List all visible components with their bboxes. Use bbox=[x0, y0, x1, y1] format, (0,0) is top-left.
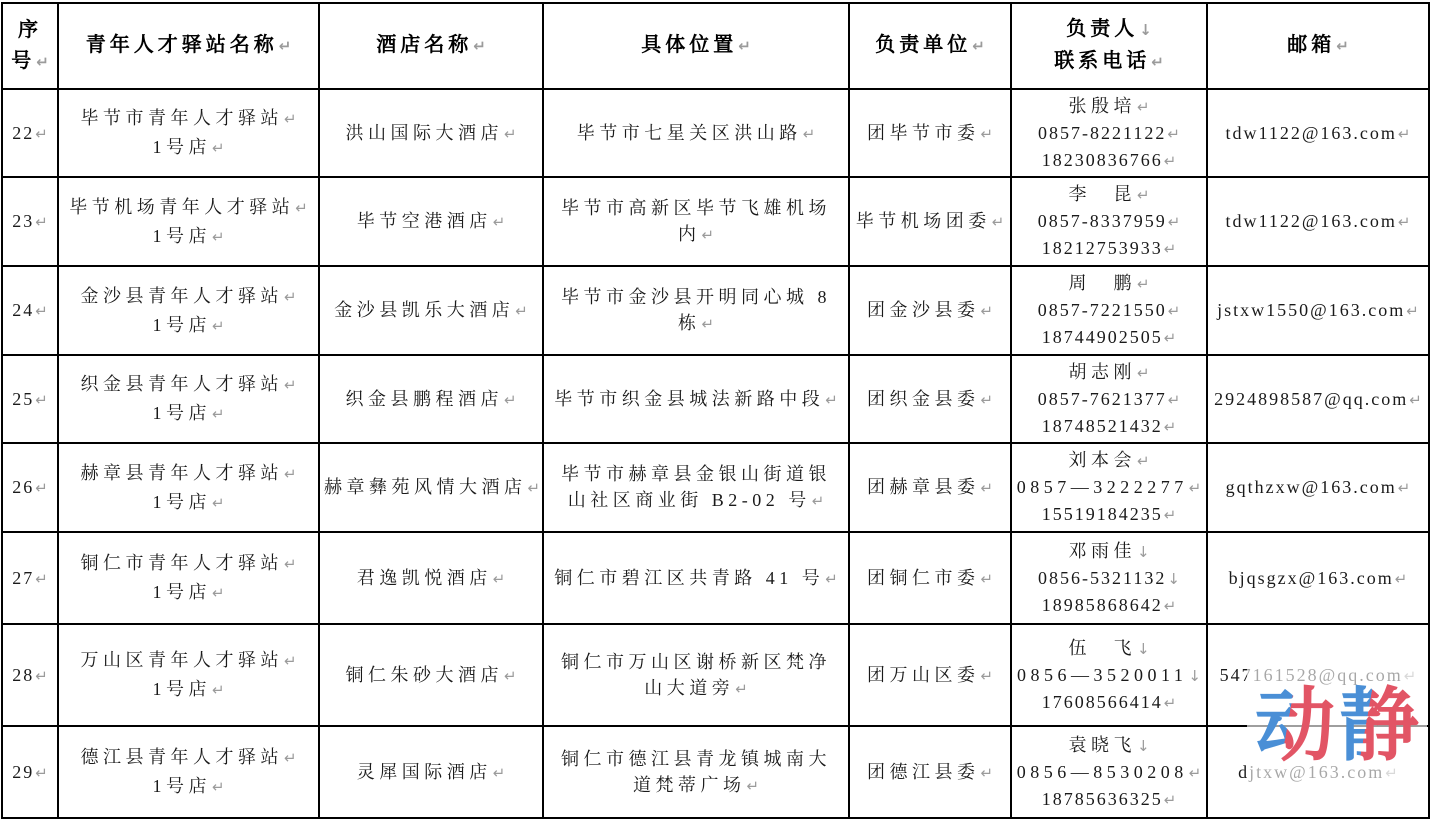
text-line: 青年人才驿站名称↵ bbox=[63, 30, 314, 62]
return-mark-icon: ↵ bbox=[1166, 125, 1180, 143]
return-mark-icon: ↵ bbox=[1397, 213, 1411, 231]
text-line: 栋↵ bbox=[548, 310, 844, 337]
return-mark-icon: ↵ bbox=[503, 391, 517, 409]
return-mark-icon: ↵ bbox=[811, 492, 825, 510]
return-mark-icon: ↵ bbox=[1150, 53, 1164, 71]
cell-station-name: 金沙县青年人才驿站↵1号店↵ bbox=[58, 266, 319, 355]
cell-responsible-unit: 毕节机场团委↵ bbox=[849, 177, 1011, 266]
cell-responsible-unit: 团金沙县委↵ bbox=[849, 266, 1011, 355]
return-mark-icon: ↵ bbox=[283, 555, 297, 573]
table-row: 22↵毕节市青年人才驿站↵1号店↵洪山国际大酒店↵毕节市七星关区洪山路↵团毕节市… bbox=[2, 89, 1429, 177]
return-mark-icon: ↵ bbox=[802, 125, 816, 143]
return-mark-icon: ↵ bbox=[34, 125, 48, 143]
text-line: tdw1122@163.com↵ bbox=[1212, 120, 1424, 147]
talent-station-table: 序号↵ 青年人才驿站名称↵ 酒店名称↵ 具体位置↵ 负责单位↵ 负责人↓联系电话… bbox=[1, 2, 1430, 819]
table-row: 24↵金沙县青年人才驿站↵1号店↵金沙县凯乐大酒店↵毕节市金沙县开明同心城 8栋… bbox=[2, 266, 1429, 355]
cell-hotel-name: 赫章彝苑风情大酒店↵ bbox=[319, 443, 543, 532]
text: 29 bbox=[12, 762, 34, 782]
text-line: 团铜仁市委↵ bbox=[854, 565, 1006, 592]
text-line: 胡志刚↵ bbox=[1016, 359, 1202, 386]
line-break-mark-icon: ↓ bbox=[1138, 21, 1152, 39]
text: 栋 bbox=[678, 313, 701, 333]
text-line: 团德江县委↵ bbox=[854, 759, 1006, 786]
return-mark-icon: ↵ bbox=[734, 680, 748, 698]
text-line: 毕节市青年人才驿站↵ bbox=[63, 104, 314, 133]
text-line: 铜仁市德江县青龙镇城南大 bbox=[548, 746, 844, 772]
cell-responsible-unit: 团织金县委↵ bbox=[849, 355, 1011, 443]
header-cell-hotel-name: 酒店名称↵ bbox=[319, 3, 543, 89]
text: 1号店 bbox=[152, 582, 211, 602]
return-mark-icon: ↵ bbox=[1136, 186, 1150, 204]
cell-email: tdw1122@163.com↵ bbox=[1207, 89, 1429, 177]
text-line: 德江县青年人才驿站↵ bbox=[63, 743, 314, 772]
text: 1号店 bbox=[152, 226, 211, 246]
return-mark-icon: ↵ bbox=[283, 376, 297, 394]
text: 0857—3222277 bbox=[1017, 477, 1188, 497]
text: 0856—8530208 bbox=[1017, 762, 1188, 782]
cell-station-name: 毕节机场青年人才驿站↵1号店↵ bbox=[58, 177, 319, 266]
return-mark-icon: ↵ bbox=[1163, 791, 1177, 809]
cell-station-name: 赫章县青年人才驿站↵1号店↵ bbox=[58, 443, 319, 532]
text: 毕节机场团委 bbox=[856, 211, 991, 231]
return-mark-icon: ↵ bbox=[34, 667, 48, 685]
return-mark-icon: ↵ bbox=[1136, 98, 1150, 116]
text-line: 0857-7621377↵ bbox=[1016, 386, 1202, 413]
logo-char-dong: 动 bbox=[1255, 684, 1335, 768]
text-line: 29↵ bbox=[7, 759, 53, 786]
return-mark-icon: ↵ bbox=[1136, 364, 1150, 382]
cell-serial-number: 23↵ bbox=[2, 177, 58, 266]
text-line: 毕节市赫章县金银山街道银 bbox=[548, 461, 844, 487]
text: 0856—3520011 bbox=[1017, 665, 1187, 685]
cell-hotel-name: 洪山国际大酒店↵ bbox=[319, 89, 543, 177]
text: 24 bbox=[12, 300, 34, 320]
return-mark-icon: ↵ bbox=[492, 213, 506, 231]
cell-location: 铜仁市万山区谢桥新区梵净山大道旁↵ bbox=[543, 624, 849, 726]
text: 金沙县青年人才驿站 bbox=[80, 286, 283, 306]
text: 18748521432 bbox=[1042, 416, 1163, 436]
cell-location: 毕节市织金县城法新路中段↵ bbox=[543, 355, 849, 443]
cell-serial-number: 22↵ bbox=[2, 89, 58, 177]
return-mark-icon: ↵ bbox=[979, 391, 993, 409]
text: 内 bbox=[678, 224, 701, 244]
text-line: 18744902505↵ bbox=[1016, 324, 1202, 351]
text: tdw1122@163.com bbox=[1226, 211, 1397, 231]
return-mark-icon: ↵ bbox=[1335, 37, 1349, 55]
logo-char-jing: 静 bbox=[1339, 684, 1419, 768]
return-mark-icon: ↵ bbox=[492, 764, 506, 782]
return-mark-icon: ↵ bbox=[211, 317, 225, 335]
text-line: 联系电话↵ bbox=[1016, 46, 1202, 78]
text: 1号店 bbox=[152, 679, 211, 699]
cell-station-name: 万山区青年人才驿站↵1号店↵ bbox=[58, 624, 319, 726]
return-mark-icon: ↵ bbox=[527, 479, 541, 497]
text-line: 18230836766↵ bbox=[1016, 147, 1202, 174]
return-mark-icon: ↵ bbox=[294, 199, 308, 217]
text: 君逸凯悦酒店 bbox=[357, 568, 492, 588]
text-line: 织金县青年人才驿站↵ bbox=[63, 370, 314, 399]
text-line: 团织金县委↵ bbox=[854, 386, 1006, 413]
text-line: 铜仁市万山区谢桥新区梵净 bbox=[548, 649, 844, 675]
text-line: 邓雨佳↓ bbox=[1016, 538, 1202, 565]
cell-location: 毕节市赫章县金银山街道银山社区商业街 B2-02 号↵ bbox=[543, 443, 849, 532]
line-break-mark-icon: ↓ bbox=[1136, 543, 1150, 561]
text: 1号店 bbox=[152, 315, 211, 335]
text: 胡志刚 bbox=[1068, 362, 1136, 382]
text-line: 23↵ bbox=[7, 208, 53, 235]
line-break-mark-icon: ↓ bbox=[1136, 737, 1150, 755]
text-line: 织金县鹏程酒店↵ bbox=[324, 386, 538, 413]
text-line: 26↵ bbox=[7, 474, 53, 501]
text-line: 赫章彝苑风情大酒店↵ bbox=[324, 474, 538, 501]
return-mark-icon: ↵ bbox=[278, 37, 292, 55]
text: 邮箱 bbox=[1287, 34, 1335, 56]
text-line: 山大道旁↵ bbox=[548, 675, 844, 702]
text: 团毕节市委 bbox=[867, 123, 980, 143]
cell-contact: 周 鹏↵0857-7221550↵18744902505↵ bbox=[1011, 266, 1207, 355]
return-mark-icon: ↵ bbox=[991, 213, 1005, 231]
return-mark-icon: ↵ bbox=[1163, 240, 1177, 258]
return-mark-icon: ↵ bbox=[472, 37, 486, 55]
text-line: 1号店↵ bbox=[63, 772, 314, 801]
return-mark-icon: ↵ bbox=[211, 681, 225, 699]
return-mark-icon: ↵ bbox=[700, 315, 714, 333]
text: 毕节市织金县城法新路中段 bbox=[554, 389, 824, 409]
text: 15519184235 bbox=[1042, 504, 1163, 524]
cell-responsible-unit: 团毕节市委↵ bbox=[849, 89, 1011, 177]
line-break-mark-icon: ↓ bbox=[1166, 570, 1180, 588]
text: 毕节机场青年人才驿站 bbox=[69, 197, 294, 217]
cell-email: bjqsgzx@163.com↵ bbox=[1207, 532, 1429, 624]
cell-contact: 邓雨佳↓0856-5321132↓18985868642↵ bbox=[1011, 532, 1207, 624]
text-line: 伍 飞↓ bbox=[1016, 635, 1202, 662]
text: 铜仁市碧江区共青路 41 号 bbox=[554, 568, 824, 588]
text-line: 24↵ bbox=[7, 297, 53, 324]
cell-location: 毕节市高新区毕节飞雄机场内↵ bbox=[543, 177, 849, 266]
cell-responsible-unit: 团铜仁市委↵ bbox=[849, 532, 1011, 624]
text: 铜仁市万山区谢桥新区梵净 bbox=[561, 652, 831, 672]
cell-location: 铜仁市德江县青龙镇城南大道梵蒂广场↵ bbox=[543, 726, 849, 818]
text-line: 具体位置↵ bbox=[548, 30, 844, 62]
text: 团万山区委 bbox=[867, 665, 980, 685]
text-line: 1号店↵ bbox=[63, 488, 314, 517]
text-line: 毕节机场青年人才驿站↵ bbox=[63, 193, 314, 222]
return-mark-icon: ↵ bbox=[1188, 479, 1202, 497]
text-line: 0857-7221550↵ bbox=[1016, 297, 1202, 324]
text-line: 1号店↵ bbox=[63, 133, 314, 162]
text-line: bjqsgzx@163.com↵ bbox=[1212, 565, 1424, 592]
text-line: 1号店↵ bbox=[63, 311, 314, 340]
text: 毕节市高新区毕节飞雄机场 bbox=[561, 198, 831, 218]
return-mark-icon: ↵ bbox=[34, 479, 48, 497]
return-mark-icon: ↵ bbox=[34, 391, 48, 409]
cell-serial-number: 25↵ bbox=[2, 355, 58, 443]
cell-email: jstxw1550@163.com↵ bbox=[1207, 266, 1429, 355]
text: 团赫章县委 bbox=[867, 477, 980, 497]
text-line: 负责单位↵ bbox=[854, 30, 1006, 62]
text: 18230836766 bbox=[1042, 150, 1163, 170]
text: 0857-7621377 bbox=[1038, 389, 1167, 409]
cell-serial-number: 27↵ bbox=[2, 532, 58, 624]
text: 联系电话 bbox=[1054, 50, 1150, 72]
text: 金沙县凯乐大酒店 bbox=[334, 300, 514, 320]
text: 灵犀国际酒店 bbox=[357, 762, 492, 782]
text: 2924898587@qq.com bbox=[1214, 389, 1408, 409]
return-mark-icon: ↵ bbox=[211, 494, 225, 512]
text: 0856-5321132 bbox=[1038, 568, 1166, 588]
cell-hotel-name: 金沙县凯乐大酒店↵ bbox=[319, 266, 543, 355]
text-line: 金沙县凯乐大酒店↵ bbox=[324, 297, 538, 324]
cell-serial-number: 24↵ bbox=[2, 266, 58, 355]
text-line: 邮箱↵ bbox=[1212, 30, 1424, 62]
return-mark-icon: ↵ bbox=[1167, 302, 1181, 320]
cell-email: gqthzxw@163.com↵ bbox=[1207, 443, 1429, 532]
text: 邓雨佳 bbox=[1068, 541, 1136, 561]
return-mark-icon: ↵ bbox=[503, 667, 517, 685]
cell-contact: 袁晓飞↓0856—8530208↵18785636325↵ bbox=[1011, 726, 1207, 818]
text-line: 1号店↵ bbox=[63, 675, 314, 704]
text: 团织金县委 bbox=[867, 389, 980, 409]
text: 具体位置 bbox=[641, 34, 737, 56]
return-mark-icon: ↵ bbox=[283, 749, 297, 767]
return-mark-icon: ↵ bbox=[514, 302, 528, 320]
text: 1号店 bbox=[152, 776, 211, 796]
cell-responsible-unit: 团德江县委↵ bbox=[849, 726, 1011, 818]
text: 袁晓飞 bbox=[1068, 735, 1136, 755]
return-mark-icon: ↵ bbox=[34, 302, 48, 320]
cell-hotel-name: 织金县鹏程酒店↵ bbox=[319, 355, 543, 443]
text-line: 团毕节市委↵ bbox=[854, 120, 1006, 147]
text: 李 昆 bbox=[1068, 184, 1136, 204]
text: 27 bbox=[12, 568, 34, 588]
return-mark-icon: ↵ bbox=[211, 584, 225, 602]
table-row: 28↵万山区青年人才驿站↵1号店↵铜仁朱砂大酒店↵铜仁市万山区谢桥新区梵净山大道… bbox=[2, 624, 1429, 726]
header-cell-responsible-unit: 负责单位↵ bbox=[849, 3, 1011, 89]
text-line: 18785636325↵ bbox=[1016, 786, 1202, 813]
header-cell-contact: 负责人↓联系电话↵ bbox=[1011, 3, 1207, 89]
return-mark-icon: ↵ bbox=[34, 570, 48, 588]
text-line: 0857—3222277↵ bbox=[1016, 474, 1202, 501]
text-line: 袁晓飞↓ bbox=[1016, 732, 1202, 759]
text: 18785636325 bbox=[1042, 789, 1163, 809]
text: 17608566414 bbox=[1042, 692, 1163, 712]
return-mark-icon: ↵ bbox=[1136, 452, 1150, 470]
return-mark-icon: ↵ bbox=[1163, 506, 1177, 524]
text-line: 0856-5321132↓ bbox=[1016, 565, 1202, 592]
return-mark-icon: ↵ bbox=[979, 125, 993, 143]
document-page: 序号↵ 青年人才驿站名称↵ 酒店名称↵ 具体位置↵ 负责单位↵ 负责人↓联系电话… bbox=[0, 0, 1430, 822]
text: 26 bbox=[12, 477, 34, 497]
text: 0857-8221122 bbox=[1038, 123, 1166, 143]
text: 刘本会 bbox=[1068, 450, 1136, 470]
cell-station-name: 德江县青年人才驿站↵1号店↵ bbox=[58, 726, 319, 818]
return-mark-icon: ↵ bbox=[745, 777, 759, 795]
text: 毕节市赫章县金银山街道银 bbox=[561, 464, 831, 484]
table-row: 26↵赫章县青年人才驿站↵1号店↵赫章彝苑风情大酒店↵毕节市赫章县金银山街道银山… bbox=[2, 443, 1429, 532]
return-mark-icon: ↵ bbox=[492, 570, 506, 588]
text: 织金县鹏程酒店 bbox=[345, 389, 503, 409]
cell-station-name: 毕节市青年人才驿站↵1号店↵ bbox=[58, 89, 319, 177]
return-mark-icon: ↵ bbox=[503, 125, 517, 143]
text-line: 金沙县青年人才驿站↵ bbox=[63, 282, 314, 311]
return-mark-icon: ↵ bbox=[979, 764, 993, 782]
return-mark-icon: ↵ bbox=[1167, 213, 1181, 231]
text-line: 0857-8221122↵ bbox=[1016, 120, 1202, 147]
cell-station-name: 织金县青年人才驿站↵1号店↵ bbox=[58, 355, 319, 443]
text: 28 bbox=[12, 665, 34, 685]
return-mark-icon: ↵ bbox=[824, 570, 838, 588]
text: 负责单位 bbox=[875, 34, 971, 56]
cell-location: 铜仁市碧江区共青路 41 号↵ bbox=[543, 532, 849, 624]
cell-contact: 胡志刚↵0857-7621377↵18748521432↵ bbox=[1011, 355, 1207, 443]
return-mark-icon: ↵ bbox=[971, 37, 985, 55]
dongjing-watermark-logo: 动 静 bbox=[1248, 684, 1426, 768]
text: 18744902505 bbox=[1042, 327, 1163, 347]
text-line: 毕节市高新区毕节飞雄机场 bbox=[548, 195, 844, 221]
cell-email: 2924898587@qq.com↵ bbox=[1207, 355, 1429, 443]
cell-serial-number: 29↵ bbox=[2, 726, 58, 818]
return-mark-icon: ↵ bbox=[979, 667, 993, 685]
text: 张殷培 bbox=[1068, 96, 1136, 116]
return-mark-icon: ↵ bbox=[1167, 391, 1181, 409]
cell-location: 毕节市金沙县开明同心城 8栋↵ bbox=[543, 266, 849, 355]
cell-contact: 伍 飞↓0856—3520011↓17608566414↵ bbox=[1011, 624, 1207, 726]
text: 山大道旁 bbox=[644, 678, 734, 698]
text-line: 毕节空港酒店↵ bbox=[324, 208, 538, 235]
text: 赫章县青年人才驿站 bbox=[80, 463, 283, 483]
table-row: 29↵德江县青年人才驿站↵1号店↵灵犀国际酒店↵铜仁市德江县青龙镇城南大道梵蒂广… bbox=[2, 726, 1429, 818]
cell-location: 毕节市七星关区洪山路↵ bbox=[543, 89, 849, 177]
text-line: 25↵ bbox=[7, 386, 53, 413]
table-row: 25↵织金县青年人才驿站↵1号店↵织金县鹏程酒店↵毕节市织金县城法新路中段↵团织… bbox=[2, 355, 1429, 443]
text-line: 毕节市织金县城法新路中段↵ bbox=[548, 386, 844, 413]
return-mark-icon: ↵ bbox=[1163, 329, 1177, 347]
text-line: 君逸凯悦酒店↵ bbox=[324, 565, 538, 592]
cell-responsible-unit: 团万山区委↵ bbox=[849, 624, 1011, 726]
return-mark-icon: ↵ bbox=[824, 391, 838, 409]
table-row: 27↵铜仁市青年人才驿站↵1号店↵君逸凯悦酒店↵铜仁市碧江区共青路 41 号↵团… bbox=[2, 532, 1429, 624]
text: 铜仁市德江县青龙镇城南大 bbox=[561, 749, 831, 769]
text-line: 0856—8530208↵ bbox=[1016, 759, 1202, 786]
text: 周 鹏 bbox=[1068, 273, 1136, 293]
text: 18985868642 bbox=[1042, 595, 1163, 615]
text: 铜仁市青年人才驿站 bbox=[80, 553, 283, 573]
return-mark-icon: ↵ bbox=[1397, 479, 1411, 497]
text: 德江县青年人才驿站 bbox=[80, 747, 283, 767]
text: 团金沙县委 bbox=[867, 300, 980, 320]
return-mark-icon: ↵ bbox=[211, 228, 225, 246]
text-line: 周 鹏↵ bbox=[1016, 270, 1202, 297]
return-mark-icon: ↵ bbox=[1408, 391, 1422, 409]
return-mark-icon: ↵ bbox=[1163, 694, 1177, 712]
text-line: 铜仁市碧江区共青路 41 号↵ bbox=[548, 565, 844, 592]
header-row: 序号↵ 青年人才驿站名称↵ 酒店名称↵ 具体位置↵ 负责单位↵ 负责人↓联系电话… bbox=[2, 3, 1429, 89]
cell-email: tdw1122@163.com↵ bbox=[1207, 177, 1429, 266]
text-line: 0857-8337959↵ bbox=[1016, 208, 1202, 235]
text: 万山区青年人才驿站 bbox=[80, 650, 283, 670]
cell-contact: 刘本会↵0857—3222277↵15519184235↵ bbox=[1011, 443, 1207, 532]
return-mark-icon: ↵ bbox=[211, 778, 225, 796]
return-mark-icon: ↵ bbox=[1163, 418, 1177, 436]
text-line: 李 昆↵ bbox=[1016, 181, 1202, 208]
text: 毕节空港酒店 bbox=[357, 211, 492, 231]
text-line: 2924898587@qq.com↵ bbox=[1212, 386, 1424, 413]
text: 1号店 bbox=[152, 403, 211, 423]
text-line: gqthzxw@163.com↵ bbox=[1212, 474, 1424, 501]
text: 序 bbox=[18, 19, 42, 41]
text: 青年人才驿站名称 bbox=[86, 34, 278, 56]
text-line: 铜仁市青年人才驿站↵ bbox=[63, 549, 314, 578]
text: 团铜仁市委 bbox=[867, 568, 980, 588]
text-line: 号↵ bbox=[7, 46, 53, 78]
cell-contact: 李 昆↵0857-8337959↵18212753933↵ bbox=[1011, 177, 1207, 266]
cell-hotel-name: 灵犀国际酒店↵ bbox=[319, 726, 543, 818]
text: 18212753933 bbox=[1042, 238, 1163, 258]
return-mark-icon: ↵ bbox=[700, 226, 714, 244]
return-mark-icon: ↵ bbox=[34, 213, 48, 231]
header-cell-location: 具体位置↵ bbox=[543, 3, 849, 89]
text-line: 序 bbox=[7, 15, 53, 46]
text-line: 内↵ bbox=[548, 221, 844, 248]
text-line: jstxw1550@163.com↵ bbox=[1212, 297, 1424, 324]
text-line: 铜仁朱砂大酒店↵ bbox=[324, 662, 538, 689]
text: 毕节市金沙县开明同心城 8 bbox=[561, 287, 831, 307]
return-mark-icon: ↵ bbox=[979, 302, 993, 320]
return-mark-icon: ↵ bbox=[283, 110, 297, 128]
text-line: tdw1122@163.com↵ bbox=[1212, 208, 1424, 235]
text-line: 团金沙县委↵ bbox=[854, 297, 1006, 324]
text: 伍 飞 bbox=[1068, 638, 1136, 658]
text: gqthzxw@163.com bbox=[1226, 477, 1397, 497]
text: 25 bbox=[12, 389, 34, 409]
return-mark-icon: ↵ bbox=[1136, 275, 1150, 293]
return-mark-icon: ↵ bbox=[1163, 597, 1177, 615]
return-mark-icon: ↵ bbox=[1394, 570, 1408, 588]
text-line: 团万山区委↵ bbox=[854, 662, 1006, 689]
text: 道梵蒂广场 bbox=[633, 775, 746, 795]
text: 负责人 bbox=[1066, 18, 1138, 40]
header-cell-serial-number: 序号↵ bbox=[2, 3, 58, 89]
header-cell-station-name: 青年人才驿站名称↵ bbox=[58, 3, 319, 89]
text: 号 bbox=[11, 50, 35, 72]
table-row: 23↵毕节机场青年人才驿站↵1号店↵毕节空港酒店↵毕节市高新区毕节飞雄机场内↵毕… bbox=[2, 177, 1429, 266]
text-line: 洪山国际大酒店↵ bbox=[324, 120, 538, 147]
return-mark-icon: ↵ bbox=[1188, 764, 1202, 782]
cell-responsible-unit: 团赫章县委↵ bbox=[849, 443, 1011, 532]
return-mark-icon: ↵ bbox=[979, 570, 993, 588]
text-line: 18212753933↵ bbox=[1016, 235, 1202, 262]
cell-hotel-name: 毕节空港酒店↵ bbox=[319, 177, 543, 266]
text-line: 灵犀国际酒店↵ bbox=[324, 759, 538, 786]
text-line: 18748521432↵ bbox=[1016, 413, 1202, 440]
text: 22 bbox=[12, 123, 34, 143]
text: bjqsgzx@163.com bbox=[1229, 568, 1394, 588]
text: 毕节市七星关区洪山路 bbox=[577, 123, 802, 143]
text-line: 1号店↵ bbox=[63, 222, 314, 251]
text-line: 28↵ bbox=[7, 662, 53, 689]
text-line: 22↵ bbox=[7, 120, 53, 147]
text-line: 酒店名称↵ bbox=[324, 30, 538, 62]
cell-serial-number: 26↵ bbox=[2, 443, 58, 532]
return-mark-icon: ↵ bbox=[283, 465, 297, 483]
text-line: 山社区商业街 B2-02 号↵ bbox=[548, 487, 844, 514]
text: 1号店 bbox=[152, 492, 211, 512]
text-line: 27↵ bbox=[7, 565, 53, 592]
text-line: 毕节市金沙县开明同心城 8 bbox=[548, 284, 844, 310]
text: 毕节市青年人才驿站 bbox=[80, 108, 283, 128]
return-mark-icon: ↵ bbox=[1397, 125, 1411, 143]
text-line: 刘本会↵ bbox=[1016, 447, 1202, 474]
